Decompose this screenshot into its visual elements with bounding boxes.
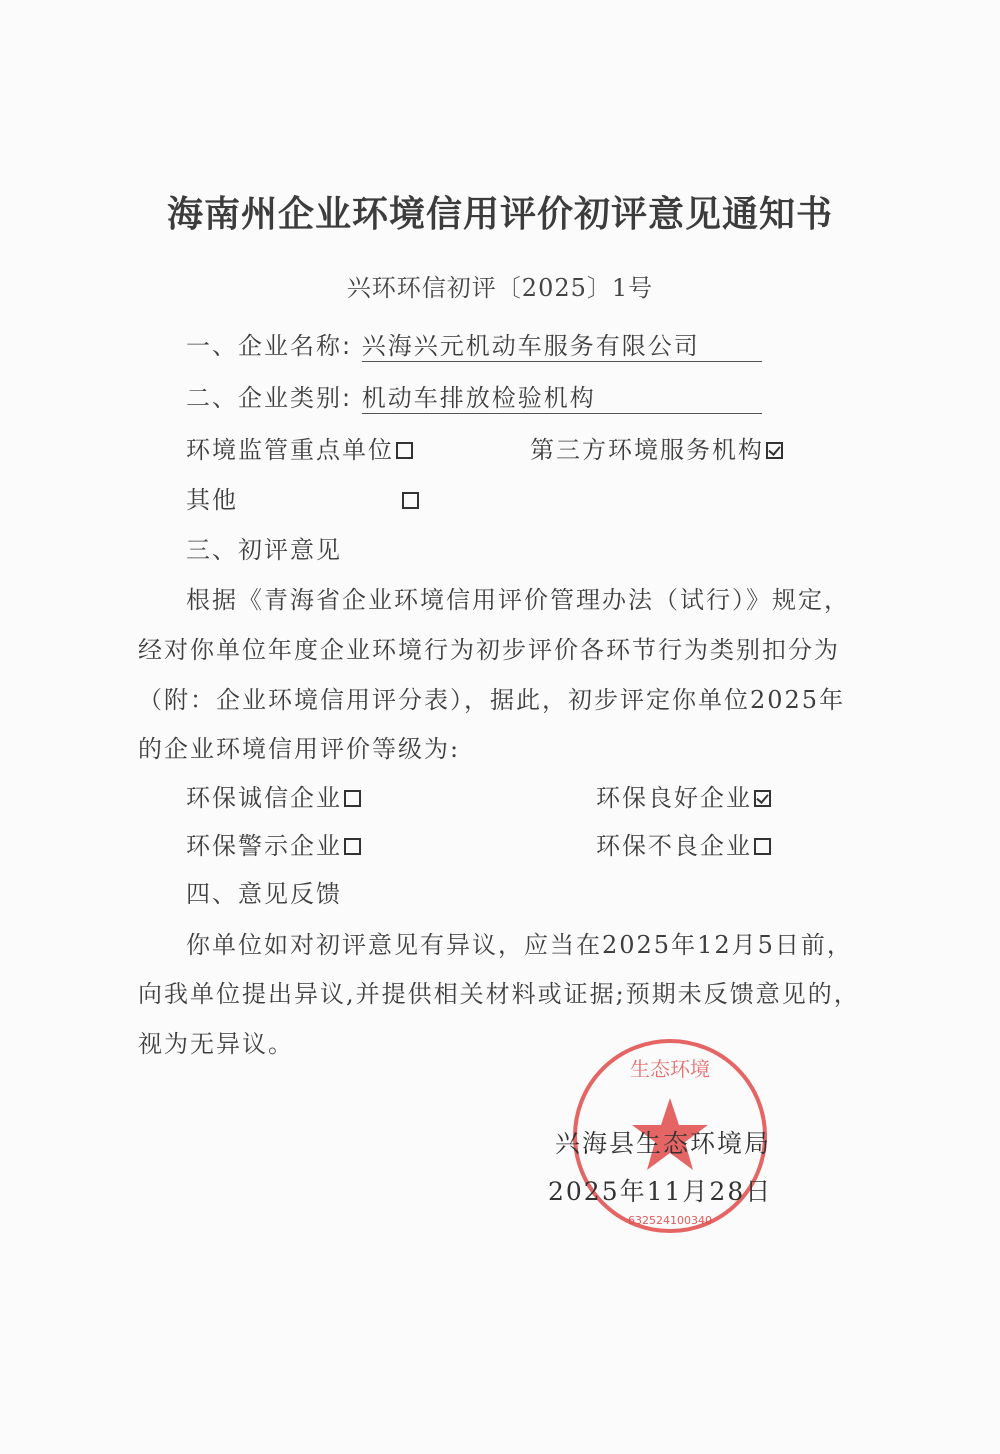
company-name-row: 一、企业名称: 兴海兴元机动车服务有限公司 — [186, 326, 762, 362]
section3-paragraph-line: （附：企业环境信用评分表），据此，初步评定你单位2025年 — [138, 680, 845, 715]
category-key-unit: 环境监管重点单位 — [186, 430, 413, 465]
company-name-value: 兴海兴元机动车服务有限公司 — [362, 326, 762, 362]
checkbox-unchecked-icon — [396, 442, 413, 459]
company-name-label: 一、企业名称: — [186, 332, 352, 360]
section3-paragraph-line: 根据《青海省企业环境信用评价管理办法（试行）》规定， — [186, 580, 850, 615]
checkbox-unchecked-icon — [402, 492, 419, 509]
section3-paragraph-line: 经对你单位年度企业环境行为初步评价各环节行为类别扣分为 — [138, 630, 840, 665]
rating-label: 环保不良企业 — [596, 832, 752, 860]
issuer-name: 兴海县生态环境局 — [555, 1124, 771, 1160]
checkbox-unchecked-icon — [344, 838, 361, 855]
company-type-value: 机动车排放检验机构 — [362, 378, 762, 414]
rating-good: 环保良好企业 — [596, 778, 771, 813]
section3-paragraph-line: 的企业环境信用评价等级为: — [138, 729, 460, 764]
category-label: 第三方环境服务机构 — [530, 436, 764, 464]
checkbox-checked-icon — [766, 442, 783, 459]
company-type-row: 二、企业类别: 机动车排放检验机构 — [186, 378, 762, 414]
document-title: 海南州企业环境信用评价初评意见通知书 — [0, 186, 1000, 237]
svg-text:生态环境: 生态环境 — [630, 1057, 710, 1081]
section4-paragraph-line: 向我单位提出异议,并提供相关材料或证据;预期未反馈意见的， — [138, 974, 860, 1009]
rating-integrity: 环保诚信企业 — [186, 778, 361, 813]
category-label: 其他 — [186, 486, 238, 514]
checkbox-checked-icon — [754, 790, 771, 807]
rating-label: 环保警示企业 — [186, 832, 342, 860]
rating-label: 环保诚信企业 — [186, 784, 342, 812]
checkbox-unchecked-icon — [754, 838, 771, 855]
notice-document: 海南州企业环境信用评价初评意见通知书 兴环环信初评〔2025〕1号 一、企业名称… — [0, 0, 1000, 1454]
document-number: 兴环环信初评〔2025〕1号 — [0, 268, 1000, 303]
category-label: 环境监管重点单位 — [186, 436, 394, 464]
section4-heading: 四、意见反馈 — [186, 874, 342, 909]
category-other: 其他 — [186, 480, 419, 515]
section3-heading: 三、初评意见 — [186, 530, 342, 565]
checkbox-unchecked-icon — [344, 790, 361, 807]
category-third-party: 第三方环境服务机构 — [530, 430, 783, 465]
section4-paragraph-line: 视为无异议。 — [138, 1024, 294, 1059]
seal-number: 632524100340 — [628, 1214, 712, 1227]
rating-poor: 环保不良企业 — [596, 826, 771, 861]
rating-label: 环保良好企业 — [596, 784, 752, 812]
issue-date: 2025年11月28日 — [548, 1172, 772, 1208]
rating-warning: 环保警示企业 — [186, 826, 361, 861]
company-type-label: 二、企业类别: — [186, 384, 352, 412]
section4-paragraph-line: 你单位如对初评意见有异议，应当在2025年12月5日前， — [186, 925, 853, 960]
